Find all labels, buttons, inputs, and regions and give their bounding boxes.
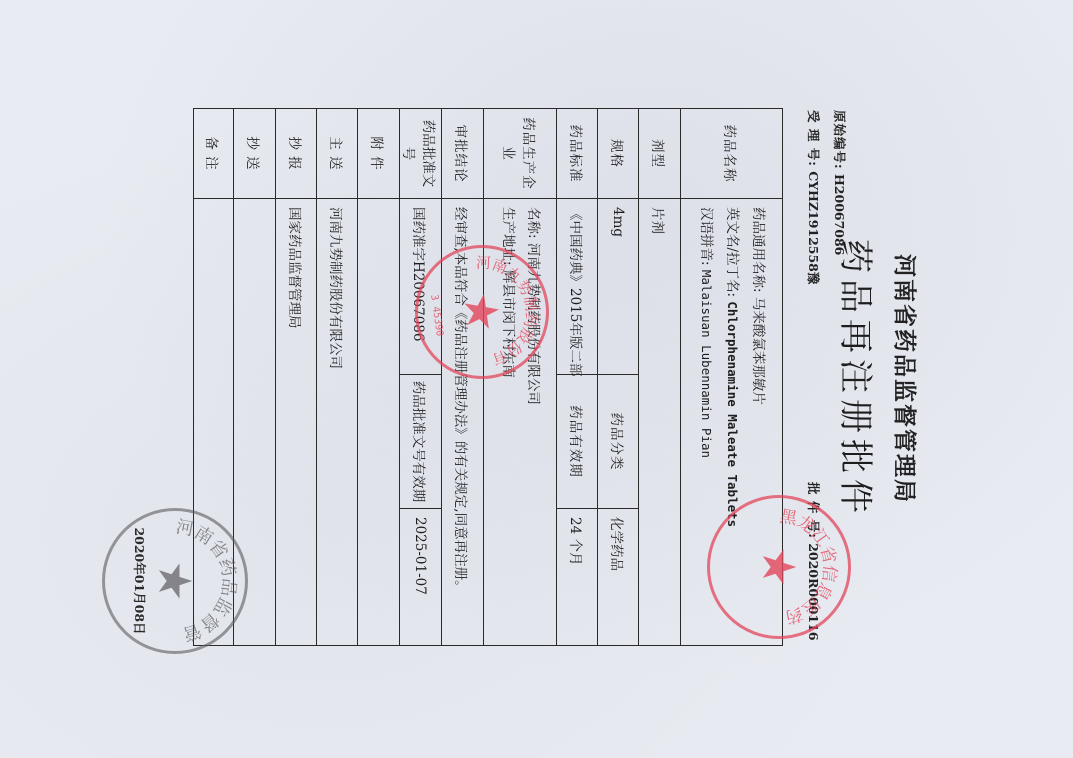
approval-number-value: 2020R000116 <box>806 543 821 640</box>
row-standard: 药品标准 《中国药典》2015年版二部 药品有效期 24 个月 <box>557 109 598 646</box>
dosage-form-label: 剂型 <box>639 109 681 199</box>
pinyin-value: Malaisuan Lubennamin Pian <box>699 270 714 458</box>
pinyin-label: 汉语拼音: <box>698 207 714 266</box>
row-cc: 抄 送 <box>234 109 276 646</box>
acceptance-number-value: CYHZ1912558豫 <box>806 171 821 284</box>
shelf-life-label: 药品有效期 <box>557 375 598 509</box>
manufacturer-name-label: 名称: <box>525 207 541 239</box>
shelf-life-value: 24 个月 <box>557 509 598 646</box>
row-drug-name: 药品名称 药品通用名称: 马来酸氯苯那敏片 英文名/拉丁名: Chlorphen… <box>681 109 783 646</box>
report-copy-value: 国家药品监督管理局 <box>276 199 317 646</box>
cc-label: 抄 送 <box>234 109 276 199</box>
row-approval-number: 药品批准文号 国药准字H20067086 药品批准文号有效期 2025-01-0… <box>400 109 442 646</box>
approval-validity-value: 2025-01-07 <box>400 509 442 646</box>
generic-name-value: 马来酸氯苯那敏片 <box>750 297 766 405</box>
drug-name-label: 药品名称 <box>681 109 783 199</box>
approval-number-value-cell: 国药准字H20067086 <box>400 199 442 375</box>
original-number-value: H20067086 <box>832 174 847 255</box>
remarks-label: 备 注 <box>194 109 234 199</box>
conclusion-label: 审批结论 <box>442 109 484 199</box>
attachment-label: 附 件 <box>358 109 400 199</box>
attachment-value <box>358 199 400 646</box>
approval-number-label: 批 件 号: <box>806 482 821 539</box>
approval-table: 药品名称 药品通用名称: 马来酸氯苯那敏片 英文名/拉丁名: Chlorphen… <box>193 108 783 646</box>
row-report-copy: 抄 报 国家药品监督管理局 <box>276 109 317 646</box>
report-copy-label: 抄 报 <box>276 109 317 199</box>
row-attachment: 附 件 <box>358 109 400 646</box>
original-number: 原始编号: H20067086 <box>831 110 849 255</box>
english-name-value: Chlorphenamine Maleate Tablets <box>725 301 740 527</box>
row-specification: 规格 4mg 药品分类 化学药品 <box>598 109 639 646</box>
acceptance-number-label: 受 理 号: <box>806 110 821 167</box>
row-conclusion: 审批结论 经审查,本品符合《药品注册管理办法》的有关规定,同意再注册。 <box>442 109 484 646</box>
agency-name: 河南省药品监督管理局 <box>890 0 923 758</box>
manufacturer-label: 药品生产企业 <box>484 109 557 199</box>
specification-label: 规格 <box>598 109 639 199</box>
approval-validity-label: 药品批准文号有效期 <box>400 375 442 509</box>
row-dosage-form: 剂型 片剂 <box>639 109 681 646</box>
remarks-value <box>194 199 234 646</box>
english-name-label: 英文名/拉丁名: <box>724 207 740 297</box>
specification-value: 4mg <box>598 199 639 375</box>
approval-number: 批 件 号: 2020R000116 <box>805 482 823 641</box>
manufacturer-address-value: 辉县市闵下村东南 <box>500 270 516 378</box>
row-remarks: 备 注 <box>194 109 234 646</box>
drug-category-label: 药品分类 <box>598 375 639 509</box>
dosage-form-value: 片剂 <box>639 199 681 646</box>
drug-name-values: 药品通用名称: 马来酸氯苯那敏片 英文名/拉丁名: Chlorphenamine… <box>681 199 783 646</box>
row-manufacturer: 药品生产企业 名称: 河南九势制药股份有限公司 生产地址: 辉县市闵下村东南 <box>484 109 557 646</box>
manufacturer-name-value: 河南九势制药股份有限公司 <box>525 243 541 405</box>
generic-name-label: 药品通用名称: <box>750 207 766 293</box>
conclusion-value: 经审查,本品符合《药品注册管理办法》的有关规定,同意再注册。 <box>442 199 484 646</box>
main-recipient-value: 河南九势制药股份有限公司 <box>317 199 358 646</box>
drug-category-value: 化学药品 <box>598 509 639 646</box>
standard-value: 《中国药典》2015年版二部 <box>557 199 598 375</box>
main-recipient-label: 主 送 <box>317 109 358 199</box>
manufacturer-values: 名称: 河南九势制药股份有限公司 生产地址: 辉县市闵下村东南 <box>484 199 557 646</box>
original-number-label: 原始编号: <box>832 110 847 170</box>
document-page: 河南省药品监督管理局 药品再注册批件 原始编号: H20067086 受 理 号… <box>0 0 1073 758</box>
cc-value <box>234 199 276 646</box>
manufacturer-address-label: 生产地址: <box>500 207 516 266</box>
acceptance-number: 受 理 号: CYHZ1912558豫 <box>805 110 823 284</box>
standard-label: 药品标准 <box>557 109 598 199</box>
approval-number-label-cell: 药品批准文号 <box>400 109 442 199</box>
row-main-recipient: 主 送 河南九势制药股份有限公司 <box>317 109 358 646</box>
